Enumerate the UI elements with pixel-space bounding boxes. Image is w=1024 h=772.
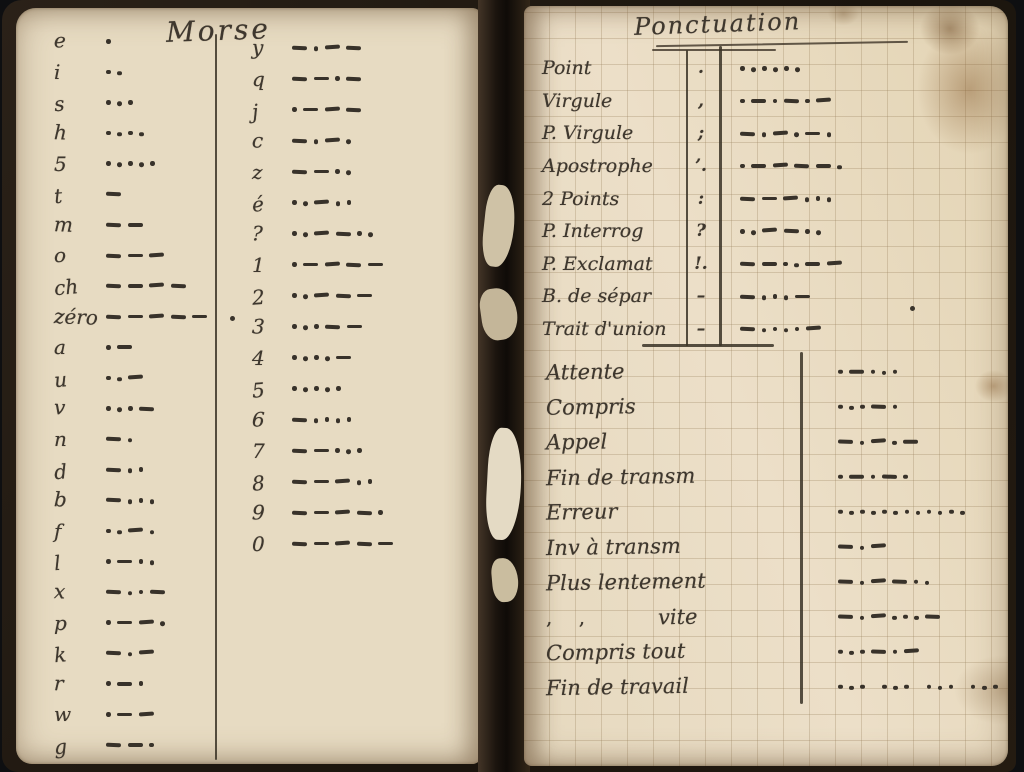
morse-dot [128, 161, 133, 166]
morse-dot [292, 386, 297, 391]
morse-dot [740, 164, 745, 169]
morse-code [106, 100, 139, 105]
punct-row: P. Virgule; [542, 117, 1000, 150]
morse-dot [938, 685, 943, 690]
punctuation-label: Apostrophe [542, 155, 678, 177]
morse-letter: 5 [54, 152, 106, 176]
morse-dash [314, 542, 329, 546]
letter-row: u [54, 363, 224, 394]
morse-dash [106, 315, 121, 319]
morse-dash [784, 229, 799, 233]
morse-dash [838, 579, 853, 583]
morse-code [292, 293, 379, 298]
morse-dot [938, 510, 943, 515]
morse-dash [117, 345, 132, 349]
morse-dot [882, 684, 887, 689]
morse-dash [368, 263, 383, 267]
morse-letter: m [54, 212, 107, 238]
morse-dash [106, 284, 121, 288]
morse-dash [740, 197, 755, 201]
morse-dash [849, 475, 864, 479]
morse-dash [324, 106, 339, 111]
morse-dot [784, 295, 789, 300]
punctuation-label: 2 Points [542, 188, 678, 210]
morse-dot [128, 406, 133, 411]
morse-dot [106, 559, 111, 564]
morse-dot [336, 201, 341, 206]
morse-dot [882, 370, 887, 375]
morse-dash [139, 406, 154, 410]
morse-dash [106, 651, 121, 655]
morse-letter: d [53, 455, 107, 483]
morse-letter: f [54, 519, 106, 543]
morse-dash [870, 613, 885, 618]
morse-letter: y [252, 35, 293, 60]
sig-row: , ,vite [546, 599, 1004, 634]
morse-code [106, 254, 171, 258]
morse-dash [903, 440, 918, 444]
morse-code [838, 614, 947, 619]
morse-dot [314, 418, 319, 423]
morse-dash [128, 375, 143, 380]
sig-row: Plus lentement [546, 564, 1004, 599]
letter-row: 4 [252, 342, 462, 373]
signal-label: Compris tout [546, 638, 686, 664]
morse-dash [751, 164, 766, 168]
morse-letter: 2 [251, 282, 293, 309]
punct-row: Virgule, [542, 85, 1000, 118]
morse-dot [128, 652, 133, 657]
morse-dash [128, 315, 143, 319]
signal-label: Fin de travail [546, 673, 689, 699]
letter-row: ? [252, 218, 462, 249]
morse-dot [805, 198, 810, 203]
punct-row: Point. [542, 52, 1000, 85]
morse-dash [870, 543, 885, 548]
morse-dash [783, 195, 798, 200]
morse-dot [762, 295, 767, 300]
morse-code [838, 369, 904, 374]
morse-dot [314, 386, 319, 391]
morse-dot [139, 467, 144, 472]
morse-dot [762, 328, 767, 333]
morse-dot [106, 620, 111, 625]
morse-dot [303, 325, 308, 330]
morse-dot [106, 100, 111, 105]
morse-letter: p [54, 611, 106, 635]
morse-code [106, 437, 139, 442]
morse-dot [106, 376, 111, 381]
morse-dash [128, 223, 143, 227]
morse-dot [336, 418, 341, 423]
morse-dot [117, 101, 122, 106]
morse-dash [870, 578, 885, 583]
morse-dot [816, 196, 821, 201]
morse-dash [292, 448, 307, 452]
morse-dot [740, 99, 745, 104]
letter-row: l [54, 546, 224, 577]
letter-row: 0 [252, 528, 462, 559]
morse-dot [106, 681, 111, 686]
morse-dash [324, 261, 339, 266]
morse-dot [860, 684, 865, 689]
letter-row: y [252, 32, 462, 63]
letter-row: w [54, 699, 224, 730]
morse-dot [314, 355, 319, 360]
morse-code [292, 138, 357, 143]
morse-code [740, 66, 807, 71]
morse-dot [139, 590, 144, 595]
morse-dot [106, 131, 111, 136]
morse-dash [336, 293, 351, 297]
morse-dash [346, 45, 361, 49]
signal-label: Appel [546, 429, 608, 454]
morse-dot [905, 509, 910, 514]
morse-dash [335, 540, 350, 545]
morse-letter: 3 [252, 314, 293, 339]
morse-dot [773, 327, 778, 332]
morse-letter: é [251, 189, 293, 216]
morse-dash [128, 743, 143, 747]
morse-letter: 9 [252, 500, 293, 525]
morse-code [292, 448, 368, 453]
morse-dot [292, 200, 297, 205]
morse-dot [325, 356, 330, 361]
morse-dot [784, 328, 789, 333]
morse-dot [949, 509, 954, 514]
morse-dot [106, 712, 111, 717]
morse-code [838, 439, 925, 444]
morse-letter: a [54, 335, 106, 359]
morse-dash [740, 327, 755, 331]
morse-dot [128, 131, 133, 136]
morse-dash [751, 99, 766, 103]
morse-letter: zéro [54, 304, 107, 330]
punct-row: B. de sépar– [542, 280, 1000, 313]
morse-letter: z [252, 160, 292, 184]
punctuation-symbol: , [678, 91, 724, 111]
punctuation-symbol: . [678, 58, 724, 78]
morse-dot [303, 294, 308, 299]
morse-dot [128, 591, 133, 596]
morse-dot [117, 71, 122, 76]
punctuation-label: P. Exclamat [542, 253, 678, 275]
letter-row: k [54, 638, 224, 669]
signals-table: AttenteComprisAppelFin de transmErreurIn… [546, 354, 1004, 704]
ditto-marks: , , [546, 605, 658, 629]
morse-letter: h [54, 120, 107, 146]
morse-dot [849, 405, 854, 410]
punctuation-label: Virgule [542, 90, 678, 112]
morse-dot [805, 99, 810, 104]
morse-dot [303, 387, 308, 392]
morse-code [292, 45, 368, 50]
sig-row: Compris tout [546, 634, 1004, 669]
morse-dot [128, 499, 133, 504]
signal-label: Inv à transm [546, 533, 681, 559]
morse-code [106, 681, 150, 686]
morse-dash [292, 541, 307, 545]
morse-dot [927, 684, 932, 689]
morse-code [838, 649, 925, 654]
ink-spot [230, 316, 235, 321]
right-page: Ponctuation Point.Virgule,P. Virgule;Apo… [524, 6, 1008, 766]
letter-row: b [54, 485, 224, 516]
morse-dot [871, 369, 876, 374]
morse-code [106, 529, 161, 534]
morse-letter: 1 [252, 253, 292, 277]
morse-dot [368, 232, 373, 237]
morse-dot [871, 510, 876, 515]
morse-code [740, 327, 827, 332]
letter-row: p [54, 607, 224, 638]
morse-dash [292, 76, 307, 80]
morse-dot [794, 132, 799, 137]
morse-dash [117, 682, 132, 686]
morse-dash [138, 711, 153, 716]
punct-row: P. Exclamat!. [542, 248, 1000, 281]
morse-dot [916, 510, 921, 515]
morse-dash [795, 295, 810, 299]
letter-row: é [252, 187, 462, 218]
punctuation-symbol: – [678, 286, 724, 306]
morse-dot [139, 681, 144, 686]
morse-code [106, 743, 160, 748]
morse-code [292, 510, 389, 515]
letter-row: d [54, 454, 224, 485]
morse-code [740, 196, 838, 201]
morse-letter: x [54, 579, 107, 605]
morse-letter: b [54, 487, 107, 513]
sig-row: Attente [546, 354, 1004, 389]
morse-dot [892, 440, 897, 445]
signal-label: Erreur [546, 499, 618, 524]
morse-letter: n [54, 427, 106, 451]
punctuation-label: P. Interrog [542, 220, 678, 242]
morse-code [292, 169, 357, 174]
morse-dot [893, 369, 898, 374]
morse-letter: o [54, 243, 106, 267]
morse-dot [117, 163, 122, 168]
morse-dot [160, 621, 165, 626]
morse-letter: k [53, 639, 107, 667]
morse-code [106, 192, 128, 196]
morse-dash [378, 542, 393, 546]
morse-dot [849, 650, 854, 655]
morse-dash [357, 294, 372, 298]
morse-dot [106, 529, 111, 534]
morse-dot [795, 67, 800, 72]
punctuation-label: B. de sépar [542, 285, 678, 307]
morse-dot [893, 404, 898, 409]
morse-dot [139, 559, 144, 564]
morse-dash [762, 262, 777, 266]
morse-dot [303, 201, 308, 206]
morse-dot [292, 293, 297, 298]
morse-dot [860, 509, 865, 514]
morse-dot [378, 510, 383, 515]
morse-dash [314, 449, 329, 453]
morse-letter: i [54, 60, 106, 84]
morse-dot [860, 545, 865, 550]
letter-row: m [54, 210, 224, 241]
morse-code [838, 474, 914, 479]
morse-dot [117, 377, 122, 382]
morse-code [292, 417, 358, 422]
book-binding [478, 0, 530, 772]
morse-code [106, 620, 171, 625]
signal-label: Compris [546, 394, 636, 420]
morse-dash [128, 254, 143, 258]
morse-dot [871, 474, 876, 479]
morse-dot [368, 479, 373, 484]
morse-dash [106, 192, 121, 196]
morse-dash [150, 590, 165, 594]
signal-label: Fin de transm [546, 463, 696, 490]
morse-dot [949, 684, 954, 689]
morse-dash [314, 292, 329, 297]
morse-dash [292, 169, 307, 173]
morse-code [740, 229, 827, 234]
letter-row: ch [54, 271, 224, 302]
morse-dot [303, 232, 308, 237]
morse-dot [860, 615, 865, 620]
morse-dot [762, 132, 767, 137]
morse-code [292, 262, 389, 267]
morse-code [740, 294, 816, 299]
morse-dash [303, 108, 318, 112]
sig-row: Fin de transm [546, 459, 1004, 494]
morse-dot [292, 355, 297, 360]
morse-dot [827, 132, 832, 137]
signal-label: Plus lentement [546, 568, 706, 595]
morse-dot [347, 200, 352, 205]
morse-dot [838, 474, 843, 479]
morse-dot [914, 615, 919, 620]
morse-letter: c [252, 128, 293, 153]
letter-row: 2 [252, 280, 462, 311]
morse-letter: 0 [252, 532, 292, 556]
punctuation-label: Point [542, 57, 678, 79]
sig-row: Fin de travail [546, 669, 1004, 704]
morse-dot [849, 685, 854, 690]
morse-dot [925, 580, 930, 585]
morse-dot [346, 139, 351, 144]
letter-row: i [54, 57, 224, 88]
morse-dot [903, 614, 908, 619]
morse-dash [314, 77, 329, 81]
morse-dash [292, 45, 307, 49]
morse-dash [772, 163, 787, 168]
morse-letter: s [53, 88, 107, 116]
letter-row: o [54, 240, 224, 271]
sig-row: Compris [546, 389, 1004, 424]
signal-label: Attente [546, 359, 625, 384]
morse-dash [138, 650, 153, 655]
morse-code [292, 324, 368, 329]
morse-dot [762, 66, 767, 71]
morse-dash [106, 498, 121, 502]
morse-dash [149, 283, 164, 288]
morse-dash [346, 262, 361, 266]
morse-dot [336, 386, 341, 391]
morse-dash [871, 404, 886, 408]
morse-dot [838, 649, 843, 654]
punctuation-symbol: : [678, 189, 724, 209]
punct-row: P. Interrog? [542, 215, 1000, 248]
letter-row: n [54, 424, 224, 455]
morse-dash [106, 253, 121, 257]
morse-dash [816, 98, 831, 103]
morse-dot [335, 169, 340, 174]
punct-row: Trait d'union– [542, 313, 1000, 346]
morse-dash [925, 614, 940, 618]
morse-code [106, 39, 117, 44]
morse-dash [346, 76, 361, 80]
letter-row: z [252, 156, 462, 187]
morse-dash [827, 261, 842, 266]
morse-dot [139, 132, 144, 137]
morse-dash [292, 479, 307, 483]
morse-letter: w [54, 702, 106, 726]
morse-dot [773, 294, 778, 299]
morse-dash [740, 294, 755, 298]
morse-code [292, 479, 379, 484]
punct-row: 2 Points: [542, 182, 1000, 215]
morse-dot [838, 684, 843, 689]
morse-dash [871, 649, 886, 653]
morse-code [106, 559, 161, 564]
morse-letter: v [54, 396, 107, 422]
letter-row: v [54, 393, 224, 424]
morse-dot [106, 345, 111, 350]
morse-dot [346, 449, 351, 454]
morse-dot [914, 579, 919, 584]
morse-dash [740, 262, 755, 266]
morse-dash [740, 131, 755, 135]
morse-dot [335, 448, 340, 453]
morse-letter: u [53, 364, 107, 392]
morse-dot [982, 685, 987, 690]
morse-letter: ? [252, 221, 293, 246]
morse-code [106, 712, 160, 717]
morse-dash [324, 44, 339, 49]
morse-dash [870, 438, 885, 443]
morse-dot [139, 498, 144, 503]
morse-dot [860, 440, 865, 445]
morse-dash [117, 713, 132, 717]
morse-dot [993, 684, 998, 689]
morse-code [740, 164, 848, 169]
morse-code [292, 200, 358, 205]
morse-dash [325, 324, 340, 328]
morse-dash [356, 510, 371, 514]
morse-dot [117, 407, 122, 412]
morse-letter: 7 [252, 439, 292, 463]
morse-dot [150, 530, 155, 535]
morse-letter: 4 [252, 346, 292, 370]
morse-dot [117, 132, 122, 137]
morse-code [106, 131, 150, 136]
morse-dot [139, 163, 144, 168]
morse-dot [106, 406, 111, 411]
morse-dot [150, 499, 155, 504]
morse-letters-column-1: eish5tmochzéroauvndbflxpkrwg [54, 26, 224, 760]
morse-code [106, 223, 149, 227]
morse-dot [740, 229, 745, 234]
morse-dash [149, 252, 164, 257]
morse-dash [170, 284, 185, 288]
